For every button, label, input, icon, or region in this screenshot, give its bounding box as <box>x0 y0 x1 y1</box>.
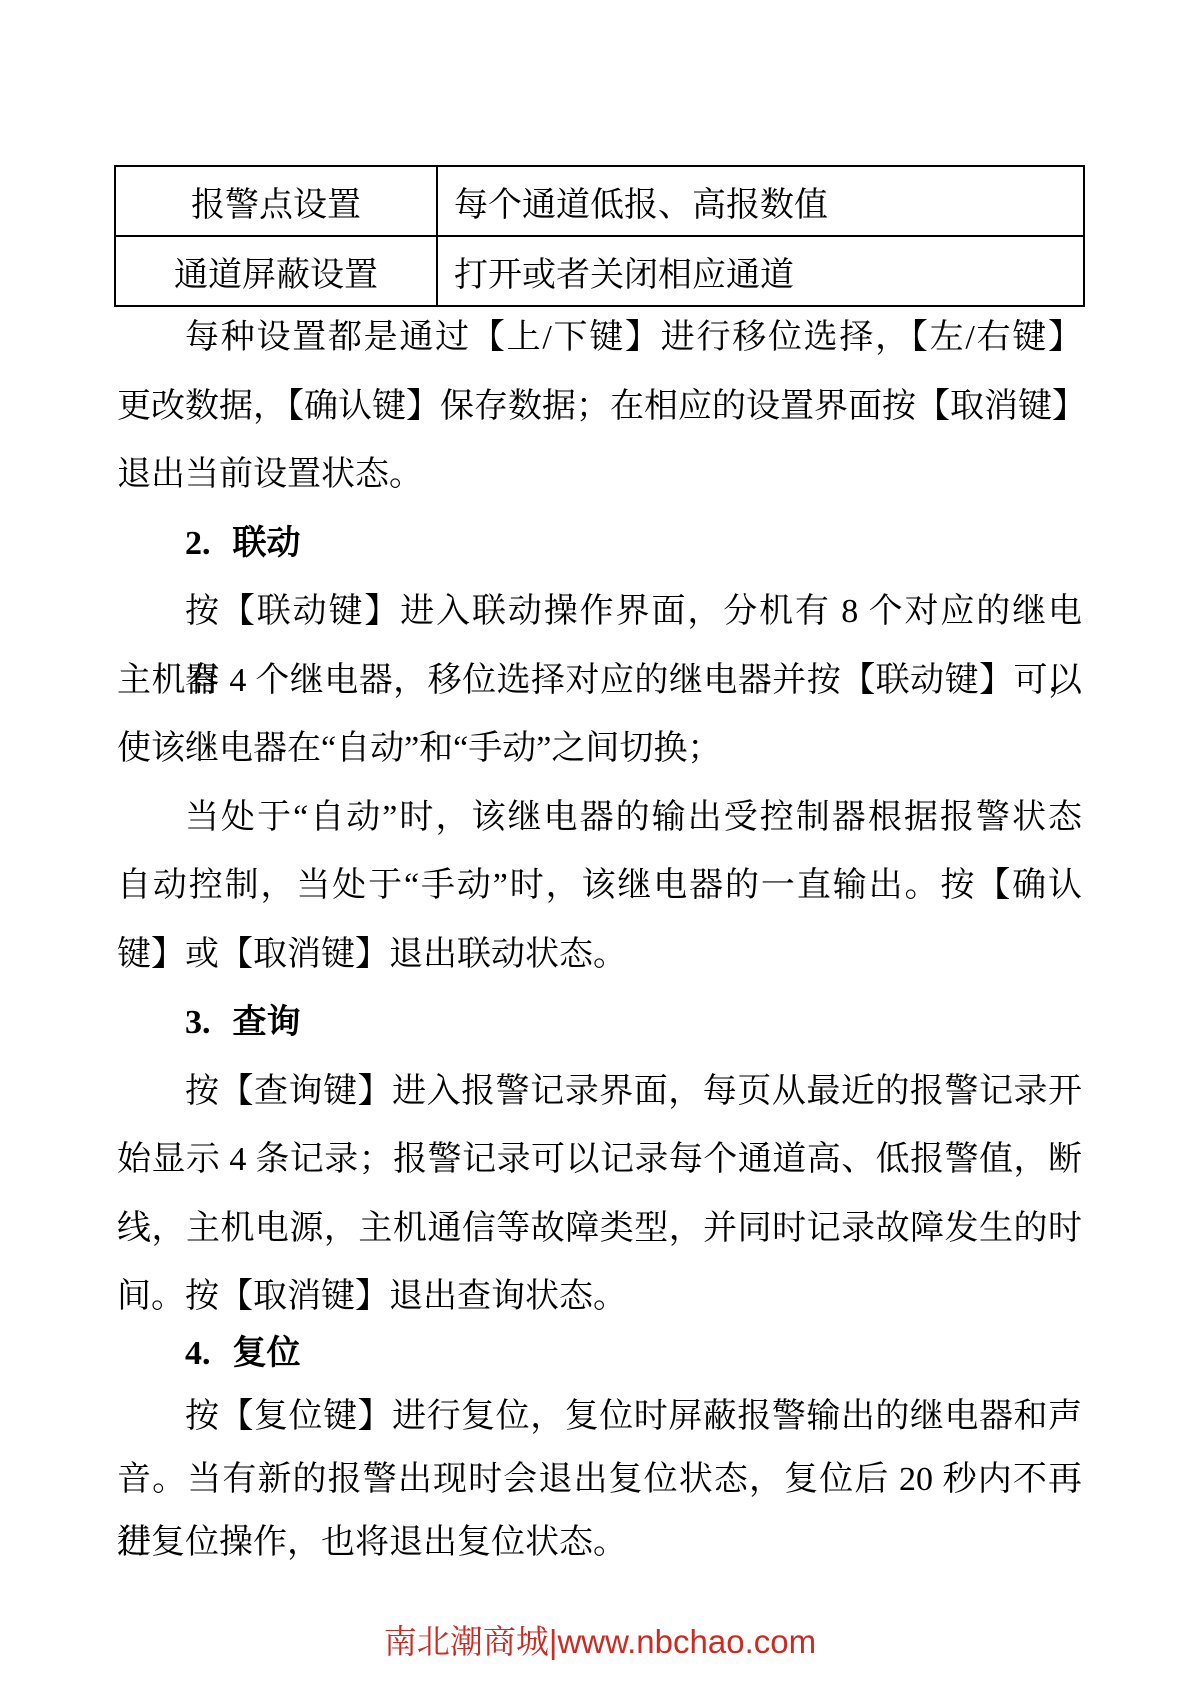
table-row: 报警点设置 每个通道低报、高报数值 <box>116 167 1083 235</box>
paragraph-line: 自动控制，当处于“手动”时，该继电器的一直输出。按【确认 <box>117 852 1082 921</box>
section-heading-reset: 4.复位 <box>117 1322 1082 1385</box>
paragraph-line: 键】或【取消键】退出联动状态。 <box>117 921 1082 990</box>
footer-watermark: 南北潮商城|www.nbchao.com <box>0 1614 1200 1670</box>
heading-label: 联动 <box>233 525 301 562</box>
table-cell-value: 每个通道低报、高报数值 <box>438 167 1083 235</box>
paragraph-line: 按【复位键】进行复位，复位时屏蔽报警输出的继电器和声 <box>117 1385 1082 1448</box>
paragraph-line: 音。当有新的报警出现时会退出复位状态，复位后 20 秒内不再进 <box>117 1448 1082 1511</box>
heading-number: 3. <box>185 1004 211 1041</box>
paragraph-line: 线，主机电源，主机通信等故障类型，并同时记录故障发生的时 <box>117 1195 1082 1264</box>
paragraph-line: 当处于“自动”时，该继电器的输出受控制器根据报警状态 <box>117 784 1082 853</box>
paragraph-line: 每种设置都是通过【上/下键】进行移位选择，【左/右键】 <box>117 304 1082 373</box>
table-cell-label: 报警点设置 <box>116 167 438 235</box>
heading-number: 2. <box>185 525 211 562</box>
table-row: 通道屏蔽设置 打开或者关闭相应通道 <box>116 235 1083 305</box>
document-page: 报警点设置 每个通道低报、高报数值 通道屏蔽设置 打开或者关闭相应通道 每种设置… <box>0 0 1200 1696</box>
section-heading-linkage: 2.联动 <box>117 510 1082 579</box>
paragraph-line: 按【联动键】进入联动操作界面，分机有 8 个对应的继电器， <box>117 578 1082 647</box>
section-heading-query: 3.查询 <box>117 989 1082 1058</box>
body-text-reset-section: 4.复位 按【复位键】进行复位，复位时屏蔽报警输出的继电器和声 音。当有新的报警… <box>117 1322 1082 1574</box>
heading-number: 4. <box>185 1335 211 1372</box>
paragraph-line: 主机有 4 个继电器，移位选择对应的继电器并按【联动键】可以 <box>117 647 1082 716</box>
heading-label: 查询 <box>233 1004 301 1041</box>
table-cell-value: 打开或者关闭相应通道 <box>438 237 1083 305</box>
paragraph-line: 退出当前设置状态。 <box>117 441 1082 510</box>
body-text: 每种设置都是通过【上/下键】进行移位选择，【左/右键】 更改数据，【确认键】保存… <box>117 304 1082 1332</box>
table-cell-label: 通道屏蔽设置 <box>116 237 438 305</box>
heading-label: 复位 <box>233 1335 301 1372</box>
paragraph-line: 始显示 4 条记录；报警记录可以记录每个通道高、低报警值，断 <box>117 1126 1082 1195</box>
paragraph-line: 使该继电器在“自动”和“手动”之间切换； <box>117 715 1082 784</box>
paragraph-line: 行复位操作，也将退出复位状态。 <box>117 1511 1082 1574</box>
paragraph-line: 按【查询键】进入报警记录界面，每页从最近的报警记录开 <box>117 1058 1082 1127</box>
paragraph-line: 更改数据，【确认键】保存数据；在相应的设置界面按【取消键】 <box>117 373 1082 442</box>
settings-table: 报警点设置 每个通道低报、高报数值 通道屏蔽设置 打开或者关闭相应通道 <box>114 165 1085 307</box>
